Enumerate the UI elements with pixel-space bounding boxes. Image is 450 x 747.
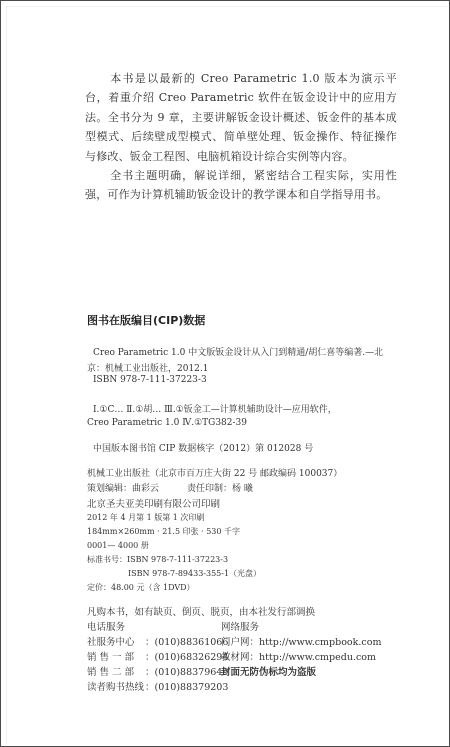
cip-title: 图书在版编目(CIP)数据 (87, 312, 205, 328)
print-run: 0001— 4000 册 (87, 540, 149, 551)
intro-paragraph-1: 本书是以最新的 Creo Parametric 1.0 版本为演示平台，着重介绍… (85, 69, 397, 166)
phone-service-header: 电话服务 (87, 619, 125, 633)
cip-classification-1: Ⅰ.①C… Ⅱ.①胡… Ⅲ.①钣金工—计算机辅助设计—应用软件， (93, 402, 337, 415)
cip-isbn: ISBN 978-7-111-37223-3 (93, 375, 207, 385)
format-info: 184mm×260mm · 21.5 印张 · 530 千字 (87, 526, 240, 537)
service-label: 销 售 二 部 (87, 664, 145, 678)
service-row: 读者购书热线：(010)88379203 (87, 679, 221, 693)
cip-line-1: Creo Parametric 1.0 中文版钣金设计从入门到精通/胡仁喜等编著… (93, 345, 383, 358)
edition-info: 2012 年 4 月第 1 版第 1 次印刷 (87, 512, 204, 523)
cip-number: 中国版本图书馆 CIP 数据核字（2012）第 012028 号 (93, 441, 313, 454)
service-notice: 凡购本书，如有缺页、倒页、脱页，由本社发行部调换 (87, 604, 315, 618)
price: 定价：48.00 元（含 1DVD） (87, 582, 195, 593)
dvd-isbn: ISBN 978-7-89433-355-1（光盘） (128, 568, 261, 579)
intro-paragraph-2: 全书主题明确，解说详细，紧密结合工程实际，实用性强，可作为计算机辅助钣金设计的教… (85, 166, 397, 205)
anti-piracy-notice: 封面无防伪标均为盗版 (221, 664, 316, 678)
page-edge-line (6, 6, 7, 744)
planning-editor: 策划编辑：曲彩云 (87, 481, 159, 494)
page-top-line (6, 6, 447, 7)
service-row: 销 售 一 部：(010)68326294教材网：http://www.cmpe… (87, 649, 376, 663)
standard-book-number: 标准书号：ISBN 978-7-111-37223-3 (87, 554, 228, 565)
service-label: 社服务中心 (87, 634, 145, 648)
printer-name: 北京圣夫亚美印刷有限公司印刷 (87, 496, 220, 510)
service-web-link[interactable]: 教材网：http://www.cmpedu.com (221, 649, 376, 663)
book-copyright-page: 本书是以最新的 Creo Parametric 1.0 版本为演示平台，着重介绍… (0, 0, 450, 747)
service-phone: ：(010)88379203 (145, 679, 221, 693)
cip-classification-2: Creo Parametric 1.0 Ⅳ.①TG382-39 (87, 418, 247, 428)
service-label: 销 售 一 部 (87, 649, 145, 663)
service-phone: ：(010)88361066 (145, 634, 221, 648)
service-phone: ：(010)88379649 (145, 664, 221, 678)
service-label: 读者购书热线 (87, 679, 145, 693)
web-service-header: 网络服务 (221, 619, 259, 633)
service-row: 销 售 二 部：(010)88379649封面无防伪标均为盗版 (87, 664, 316, 678)
publisher-address: 机械工业出版社（北京市百万庄大街 22 号 邮政编码 100037） (87, 466, 342, 479)
cip-line-2: 京：机械工业出版社，2012.1 (87, 361, 209, 374)
print-manager: 责任印制：杨 曦 (187, 481, 253, 494)
service-row: 社服务中心：(010)88361066门户网：http://www.cmpboo… (87, 634, 381, 648)
book-introduction: 本书是以最新的 Creo Parametric 1.0 版本为演示平台，着重介绍… (85, 69, 397, 205)
service-phone: ：(010)68326294 (145, 649, 221, 663)
service-web-link[interactable]: 门户网：http://www.cmpbook.com (221, 634, 381, 648)
